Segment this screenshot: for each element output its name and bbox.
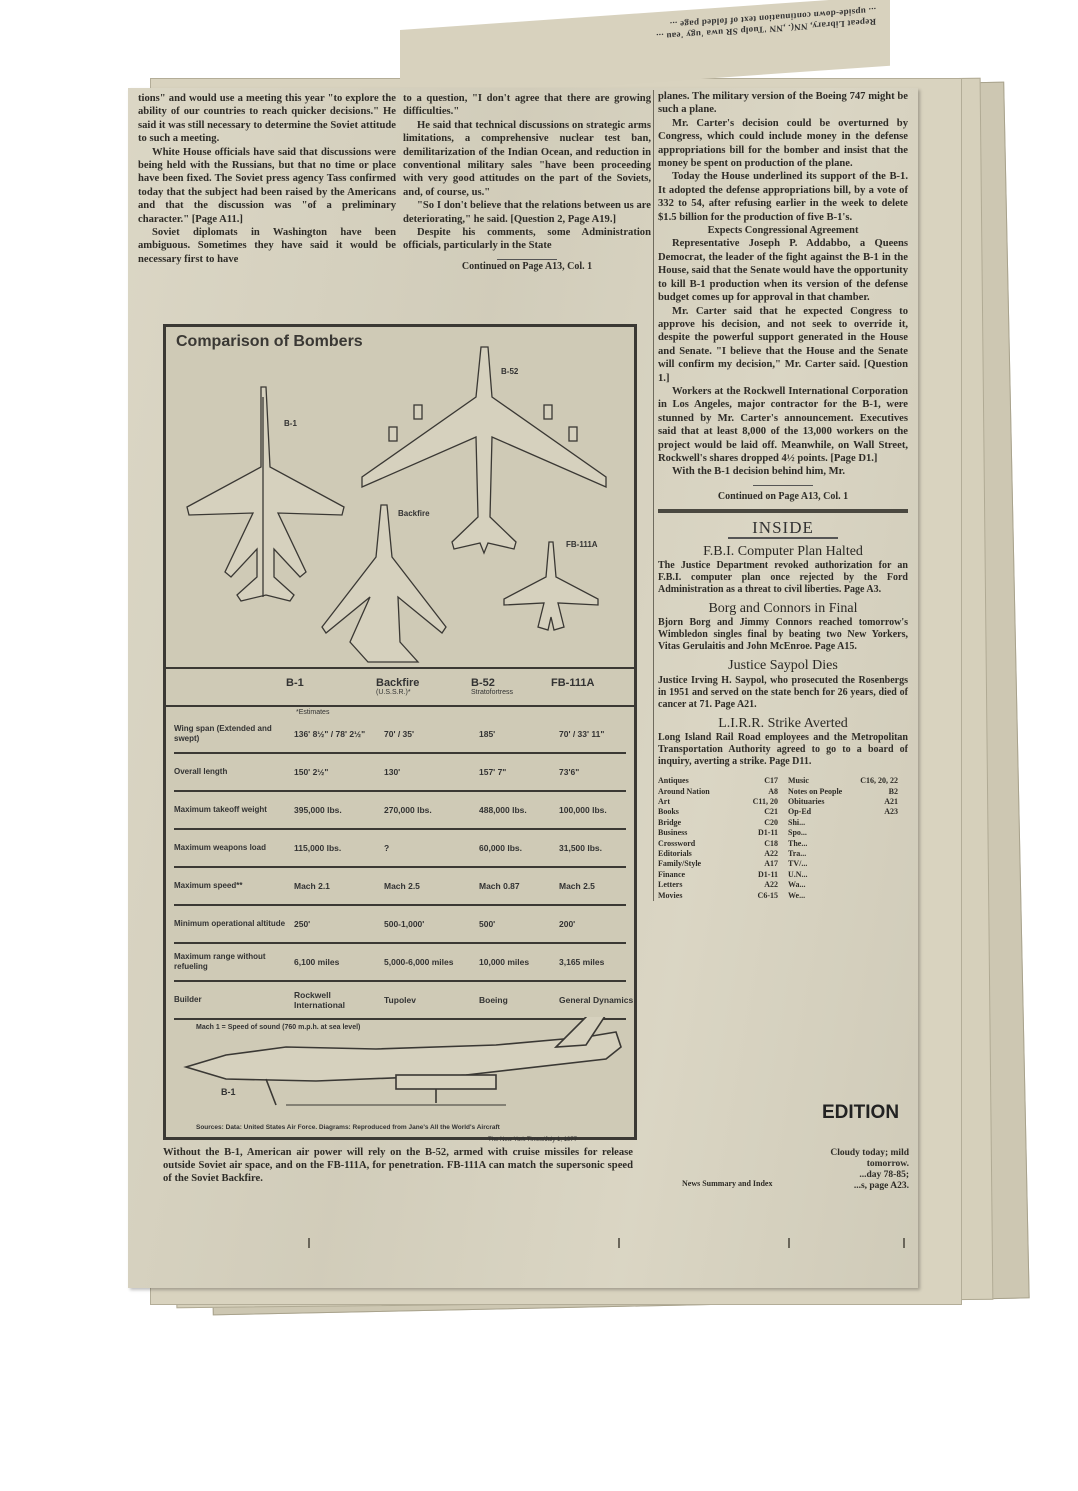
index-page: C17 xyxy=(764,776,778,786)
table-header: B-1Backfire(U.S.S.R.)*B-52Stratofortress… xyxy=(166,669,634,707)
table-cell: 10,000 miles xyxy=(479,957,559,967)
inside-item-summary: The Justice Department revoked authoriza… xyxy=(658,560,908,596)
table-cell: 500' xyxy=(479,919,559,929)
inside-item-summary: Justice Irving H. Saypol, who prosecuted… xyxy=(658,675,908,711)
weather-line: ...day 78-85; xyxy=(804,1170,909,1181)
index-section: TV/... xyxy=(788,859,807,869)
table-cell: Mach 2.5 xyxy=(559,881,642,891)
column-name: B-1 xyxy=(286,677,304,689)
table-row: Maximum takeoff weight395,000 lbs.270,00… xyxy=(174,792,626,830)
weather-line: tomorrow. xyxy=(804,1159,909,1170)
table-cell: ? xyxy=(384,843,479,853)
index-section: Letters xyxy=(658,880,682,890)
index-entry: ObituariesA21 xyxy=(788,797,898,807)
index-left: AntiquesC17Around NationA8ArtC11, 20Book… xyxy=(658,776,778,901)
newspaper-page: tions" and would use a meeting this year… xyxy=(128,88,918,1288)
table-row: BuilderRockwell InternationalTupolevBoei… xyxy=(174,982,626,1020)
table-cell: Rockwell International xyxy=(294,990,384,1010)
index-page: C16, 20, 22 xyxy=(860,776,898,786)
table-cell: 270,000 lbs. xyxy=(384,805,479,815)
index-entry: EditorialsA22 xyxy=(658,849,778,859)
paragraph: With the B-1 decision behind him, Mr. xyxy=(658,465,908,478)
column-name: B-52 xyxy=(471,677,495,689)
label-backfire: Backfire xyxy=(398,509,430,518)
index-section: U.N... xyxy=(788,870,808,880)
continued-line: Continued on Page A13, Col. 1 xyxy=(403,260,651,273)
table-header-blank xyxy=(166,677,286,705)
b52-plan-view-icon xyxy=(362,347,606,553)
inside-item-headline: L.I.R.R. Strike Averted xyxy=(658,717,908,730)
inside-heading: INSIDE xyxy=(658,521,908,534)
inside-items: F.B.I. Computer Plan HaltedThe Justice D… xyxy=(658,545,908,769)
inside-item-headline: F.B.I. Computer Plan Halted xyxy=(658,545,908,558)
index-section: Spo... xyxy=(788,828,807,838)
table-row: Maximum speed**Mach 2.1Mach 2.5Mach 0.87… xyxy=(174,868,626,906)
index-section: Business xyxy=(658,828,687,838)
row-label: Overall length xyxy=(174,767,294,777)
index-page: A17 xyxy=(764,859,778,869)
fold-mark xyxy=(308,1238,310,1248)
index-page: C20 xyxy=(764,818,778,828)
index-section: Crossword xyxy=(658,839,695,849)
index-section: Finance xyxy=(658,870,685,880)
row-label: Builder xyxy=(174,995,294,1005)
index-entry: CrosswordC18 xyxy=(658,839,778,849)
table-cell: 157' 7" xyxy=(479,767,559,777)
table-cell: 3,165 miles xyxy=(559,957,642,967)
index-entry: Shi... xyxy=(788,818,898,828)
table-cell: General Dynamics xyxy=(559,995,642,1005)
index-section: Notes on People xyxy=(788,787,842,797)
column-name: FB-111A xyxy=(551,677,594,689)
fold-mark xyxy=(788,1238,790,1248)
index-entry: Tra... xyxy=(788,849,898,859)
index-entry: Around NationA8 xyxy=(658,787,778,797)
inside-item-headline: Borg and Connors in Final xyxy=(658,602,908,615)
table-row: Wing span (Extended and swept)136' 8½" /… xyxy=(174,716,626,754)
index-page: B2 xyxy=(889,787,898,797)
index-section: Op-Ed xyxy=(788,807,811,817)
table-cell: 73'6" xyxy=(559,767,642,777)
table-cell: 130' xyxy=(384,767,479,777)
weather-line: ...s, page A23. xyxy=(804,1181,909,1192)
source-line: Sources: Data: United States Air Force. … xyxy=(196,1124,500,1131)
paragraph: Today the House underlined its support o… xyxy=(658,170,908,224)
index-entry: MoviesC6-15 xyxy=(658,891,778,901)
index-entry: BusinessD1-11 xyxy=(658,828,778,838)
paragraph: White House officials have said that dis… xyxy=(138,146,396,226)
table-cell: 136' 8½" / 78' 2½" xyxy=(294,729,384,739)
index-section: Family/Style xyxy=(658,859,701,869)
table-cell: 150' 2½" xyxy=(294,767,384,777)
table-cell: Mach 2.5 xyxy=(384,881,479,891)
index-entry: The... xyxy=(788,839,898,849)
table-cell: 70' / 35' xyxy=(384,729,479,739)
index-entry: Spo... xyxy=(788,828,898,838)
inside-item-summary: Bjorn Borg and Jimmy Connors reached tom… xyxy=(658,617,908,653)
table-column-header: FB-111A xyxy=(551,677,634,705)
column-subtitle: (U.S.S.R.)* xyxy=(376,689,471,696)
table-column-header: B-1 xyxy=(286,677,376,705)
table-body: Wing span (Extended and swept)136' 8½" /… xyxy=(166,716,634,1020)
paragraph: Mr. Carter said that he expected Congres… xyxy=(658,305,908,385)
index-section: Around Nation xyxy=(658,787,710,797)
bomber-silhouettes xyxy=(166,327,634,667)
table-cell: Tupolev xyxy=(384,995,479,1005)
table-cell: 6,100 miles xyxy=(294,957,384,967)
estimates-note: *Estimates xyxy=(166,709,634,716)
paragraph: Soviet diplomats in Washington have been… xyxy=(138,226,396,266)
index-section: We... xyxy=(788,891,805,901)
article-column-3: planes. The military version of the Boei… xyxy=(653,90,908,901)
inside-item-headline: Justice Saypol Dies xyxy=(658,659,908,672)
index-section: Books xyxy=(658,807,679,817)
index-section: The... xyxy=(788,839,807,849)
index-right: MusicC16, 20, 22Notes on PeopleB2Obituar… xyxy=(788,776,898,901)
index-page: C11, 20 xyxy=(753,797,778,807)
table-row: Overall length150' 2½"130'157' 7"73'6" xyxy=(174,754,626,792)
index-page: D1-11 xyxy=(758,828,778,838)
row-label: Wing span (Extended and swept) xyxy=(174,724,294,744)
table-cell: Mach 0.87 xyxy=(479,881,559,891)
table-cell: Boeing xyxy=(479,995,559,1005)
index-page: A23 xyxy=(884,807,898,817)
label-b52: B-52 xyxy=(501,367,518,376)
table-column-header: B-52Stratofortress xyxy=(471,677,551,705)
article-column-1: tions" and would use a meeting this year… xyxy=(138,92,396,266)
edition-label: EDITION xyxy=(822,1106,899,1119)
index-entry: BridgeC20 xyxy=(658,818,778,828)
graphic-caption: Without the B-1, American air power will… xyxy=(163,1146,633,1185)
table-cell: 115,000 lbs. xyxy=(294,843,384,853)
index-section: Antiques xyxy=(658,776,689,786)
paragraph: to a question, "I don't agree that there… xyxy=(403,92,651,119)
index-entry: ArtC11, 20 xyxy=(658,797,778,807)
index-section: Movies xyxy=(658,891,682,901)
fold-mark xyxy=(903,1238,905,1248)
bomber-comparison-graphic: Comparison of Bombers xyxy=(163,324,637,1140)
column-subtitle: Stratofortress xyxy=(471,689,551,696)
index-section: Wa... xyxy=(788,880,806,890)
table-row: Maximum range without refueling6,100 mil… xyxy=(174,944,626,982)
index-page: C21 xyxy=(764,807,778,817)
table-row: Minimum operational altitude250'500-1,00… xyxy=(174,906,626,944)
table-row: Maximum weapons load115,000 lbs.?60,000 … xyxy=(174,830,626,868)
table-column-header: Backfire(U.S.S.R.)* xyxy=(376,677,471,705)
index-entry: Op-EdA23 xyxy=(788,807,898,817)
news-summary-line: News Summary and Index xyxy=(682,1177,772,1190)
label-b1-side: B-1 xyxy=(221,1087,236,1097)
table-cell: 100,000 lbs. xyxy=(559,805,642,815)
table-cell: 250' xyxy=(294,919,384,929)
label-b1: B-1 xyxy=(284,419,297,428)
paragraph: planes. The military version of the Boei… xyxy=(658,90,908,117)
comparison-table: B-1Backfire(U.S.S.R.)*B-52Stratofortress… xyxy=(166,667,634,1031)
index-section: Editorials xyxy=(658,849,692,859)
paragraph: Workers at the Rockwell International Co… xyxy=(658,385,908,465)
index-page: A21 xyxy=(884,797,898,807)
table-cell: Mach 2.1 xyxy=(294,881,384,891)
paragraph: "So I don't believe that the relations b… xyxy=(403,199,651,226)
fb111a-plan-view-icon xyxy=(504,542,598,630)
label-fb111a: FB-111A xyxy=(566,540,598,549)
fold-mark xyxy=(618,1238,620,1248)
table-cell: 5,000-6,000 miles xyxy=(384,957,479,967)
index-section: Obituaries xyxy=(788,797,824,807)
credit-line: The New York Times/July 1, 1977 xyxy=(488,1137,577,1143)
paragraph: tions" and would use a meeting this year… xyxy=(138,92,396,146)
index-section: Bridge xyxy=(658,818,681,828)
subheading: Expects Congressional Agreement xyxy=(658,224,908,237)
table-cell: 60,000 lbs. xyxy=(479,843,559,853)
index-section: Music xyxy=(788,776,809,786)
index-page: A22 xyxy=(764,849,778,859)
paragraph: Despite his comments, some Administratio… xyxy=(403,226,651,253)
weather-box: Cloudy today; mild tomorrow. ...day 78-8… xyxy=(804,1148,909,1192)
index-entry: LettersA22 xyxy=(658,880,778,890)
index-entry: MusicC16, 20, 22 xyxy=(788,776,898,786)
paragraph: Mr. Carter's decision could be overturne… xyxy=(658,117,908,171)
index-page: A22 xyxy=(764,880,778,890)
backfire-plan-view-icon xyxy=(322,505,446,662)
b1-plan-view-icon xyxy=(187,387,344,601)
index-entry: AntiquesC17 xyxy=(658,776,778,786)
index-page: D1-11 xyxy=(758,870,778,880)
table-cell: 200' xyxy=(559,919,642,929)
row-label: Minimum operational altitude xyxy=(174,919,294,929)
index-page: C6-15 xyxy=(758,891,778,901)
index-box: AntiquesC17Around NationA8ArtC11, 20Book… xyxy=(658,776,908,901)
index-page: C18 xyxy=(764,839,778,849)
paragraph: He said that technical discussions on st… xyxy=(403,119,651,199)
article-column-2: to a question, "I don't agree that there… xyxy=(403,92,651,273)
index-section: Art xyxy=(658,797,670,807)
index-entry: Family/StyleA17 xyxy=(658,859,778,869)
column-name: Backfire xyxy=(376,677,419,689)
table-cell: 488,000 lbs. xyxy=(479,805,559,815)
index-entry: TV/... xyxy=(788,859,898,869)
index-entry: U.N... xyxy=(788,870,898,880)
inside-item-summary: Long Island Rail Road employees and the … xyxy=(658,732,908,768)
index-entry: We... xyxy=(788,891,898,901)
section-divider xyxy=(658,509,908,513)
index-entry: Wa... xyxy=(788,880,898,890)
index-page: A8 xyxy=(768,787,778,797)
weather-line: Cloudy today; mild xyxy=(804,1148,909,1159)
index-entry: Notes on PeopleB2 xyxy=(788,787,898,797)
row-label: Maximum weapons load xyxy=(174,843,294,853)
index-entry: BooksC21 xyxy=(658,807,778,817)
table-cell: 31,500 lbs. xyxy=(559,843,642,853)
row-label: Maximum speed** xyxy=(174,881,294,891)
divider xyxy=(753,485,813,486)
continued-line: Continued on Page A13, Col. 1 xyxy=(658,490,908,503)
table-cell: 185' xyxy=(479,729,559,739)
index-section: Tra... xyxy=(788,849,806,859)
row-label: Maximum range without refueling xyxy=(174,952,294,972)
index-entry: FinanceD1-11 xyxy=(658,870,778,880)
table-cell: 395,000 lbs. xyxy=(294,805,384,815)
table-cell: 70' / 33' 11" xyxy=(559,729,642,739)
paragraph: Representative Joseph P. Addabbo, a Quee… xyxy=(658,237,908,304)
row-label: Maximum takeoff weight xyxy=(174,805,294,815)
b1-side-view-icon xyxy=(166,1017,634,1132)
index-section: Shi... xyxy=(788,818,805,828)
table-cell: 500-1,000' xyxy=(384,919,479,929)
